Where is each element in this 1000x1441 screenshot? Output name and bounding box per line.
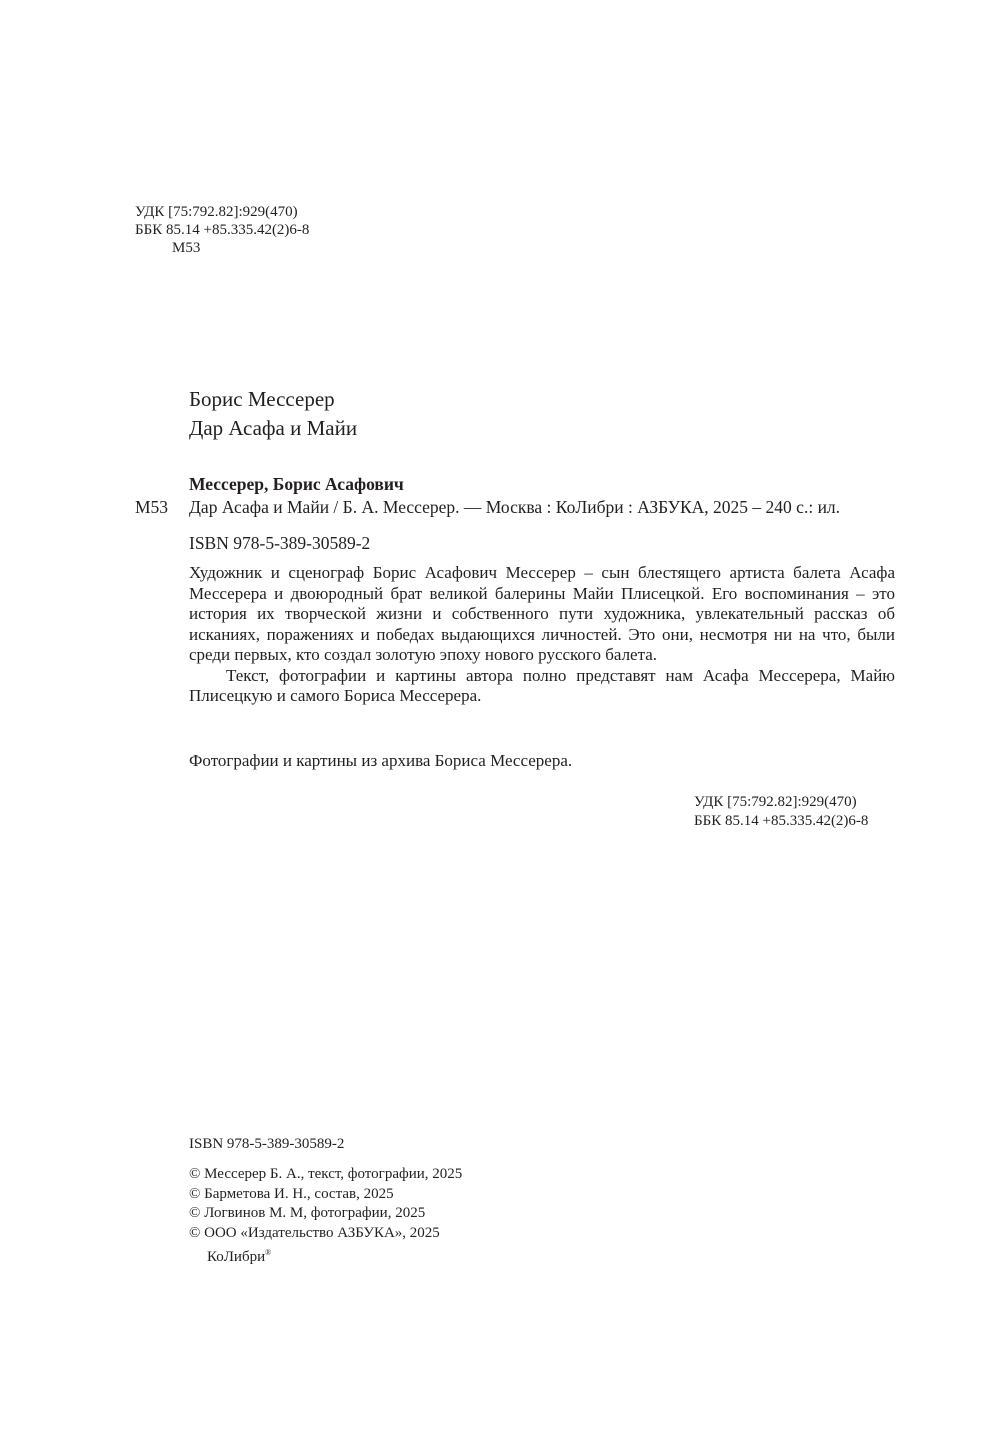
author-mark: М53 xyxy=(135,239,309,257)
bbk-code: ББК 85.14 +85.335.42(2)6-8 xyxy=(135,221,309,239)
registered-mark-icon: ® xyxy=(265,1248,271,1257)
book-title: Дар Асафа и Майи xyxy=(189,414,357,443)
right-classification-block: УДК [75:792.82]:929(470) ББК 85.14 +85.3… xyxy=(694,793,868,831)
copyright-line: © Барметова И. Н., состав, 2025 xyxy=(189,1185,462,1205)
copyright-line: © ООО «Издательство АЗБУКА», 2025 xyxy=(189,1224,462,1244)
bibliographic-isbn: ISBN 978-5-389-30589-2 xyxy=(189,532,370,554)
udk-code: УДК [75:792.82]:929(470) xyxy=(135,203,309,221)
annotation-paragraph: Художник и сценограф Борис Асафович Месс… xyxy=(189,563,895,666)
copyright-line: © Мессерер Б. А., текст, фотографии, 202… xyxy=(189,1165,462,1185)
photo-credit-note: Фотографии и картины из архива Бориса Ме… xyxy=(189,751,572,771)
isbn: ISBN 978-5-389-30589-2 xyxy=(189,1135,344,1153)
annotation: Художник и сценограф Борис Асафович Месс… xyxy=(189,563,895,707)
bibliographic-heading: Мессерер, Борис Асафович xyxy=(189,473,404,495)
bbk-code: ББК 85.14 +85.335.42(2)6-8 xyxy=(694,812,868,831)
title-block: Борис Мессерер Дар Асафа и Майи xyxy=(189,385,357,443)
imprint-name: КоЛибри® xyxy=(189,1243,462,1268)
imprint-label: КоЛибри xyxy=(207,1249,265,1265)
bibliographic-author-mark: М53 xyxy=(135,496,168,518)
udk-code: УДК [75:792.82]:929(470) xyxy=(694,793,868,812)
bibliographic-description: Дар Асафа и Майи / Б. А. Мессерер. — Мос… xyxy=(189,496,840,518)
annotation-paragraph: Текст, фотографии и картины автора полно… xyxy=(189,666,895,707)
author-name: Борис Мессерер xyxy=(189,385,357,414)
top-classification-block: УДК [75:792.82]:929(470) ББК 85.14 +85.3… xyxy=(135,203,309,257)
copyright-line: © Логвинов М. М, фотографии, 2025 xyxy=(189,1204,462,1224)
copyright-list: © Мессерер Б. А., текст, фотографии, 202… xyxy=(189,1165,462,1268)
